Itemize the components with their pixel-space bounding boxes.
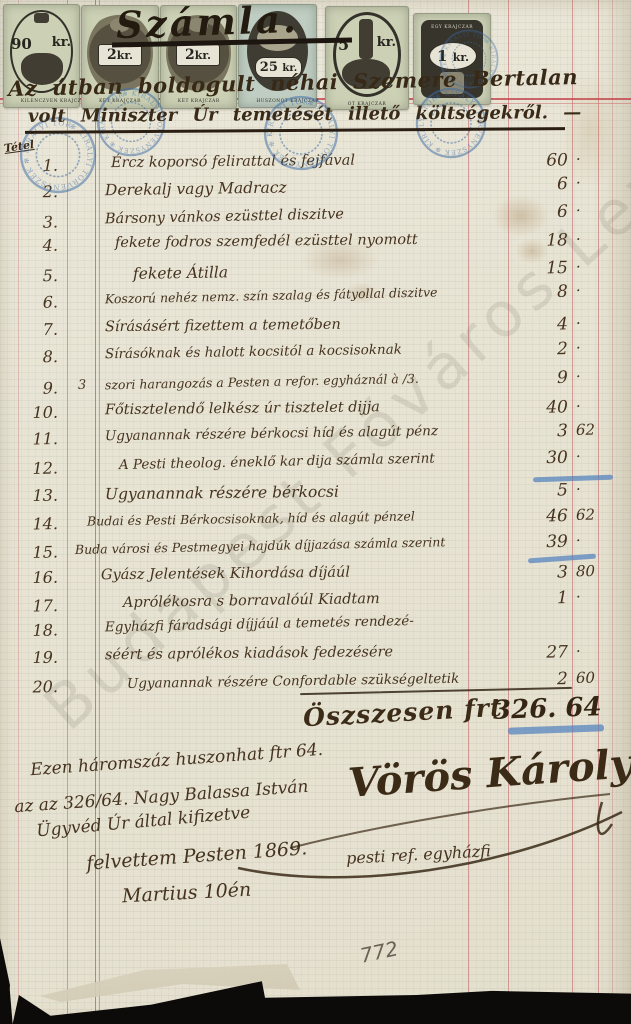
stamp-unit: kr. [52,35,71,50]
blue-pencil-underline [508,724,604,734]
row-amount-forint: 18 [494,230,568,251]
row-number: 5. [20,266,58,286]
archive-page-number: 772 [358,936,400,967]
row-number: 11. [20,429,58,449]
row-description: Gyász Jelentések Kihordása díjáúl [101,565,350,584]
row-description: Bársony vánkos ezüsttel diszitve [105,206,344,227]
row-amount-krajczar: 62 [576,420,610,439]
row-description: Aprólékosra s borravalóúl Kiadtam [123,591,380,611]
row-amount-forint: 2 [494,339,568,360]
row-amount-forint: 9 [494,368,568,390]
row-amount-forint: 40 [494,397,568,418]
row-number: 6. [20,292,58,312]
row-amount-krajczar: 80 [576,562,610,580]
row-number: 18. [20,620,58,640]
row-number: 16. [20,568,58,587]
amount-in-words: Ezen háromszáz huszonhat ftr 64. [30,740,324,780]
header-line-2: volt Miniszter Úr temetését illető költs… [28,102,581,127]
row-amount-krajczar: 62 [576,505,610,524]
stamp-caption: KÉT KRAJCZÁR [178,98,219,103]
row-amount-forint: 30 [494,448,568,470]
row-description: Derekalj vagy Madracz [105,178,287,199]
row-number: 7. [20,320,58,339]
stamp-value: 2 [107,47,117,63]
row-description: szori harangozás a Pesten a refor. egyhá… [105,371,419,393]
scanned-invoice-page: Budapest Főváros Levéltára 90 kr. KILENC… [0,0,631,1024]
row-amount-krajczar: · [576,480,610,498]
crown-icon [34,13,49,23]
stamp-value: 90 [11,35,32,53]
row-description: séért és aprólékos kiadások fedezésére [105,644,393,663]
row-amount-krajczar: · [576,173,610,192]
row-amount-forint: 8 [494,282,568,304]
row-amount-forint: 5 [494,480,568,501]
stamp-unit: kr. [195,49,211,62]
row-number: 8. [20,347,58,367]
row-amount-krajczar: · [576,531,610,550]
row-amount-forint: 6 [494,202,568,224]
row-amount-krajczar: · [576,642,610,660]
row-number: 19. [20,648,58,667]
row-amount-forint: 6 [494,174,568,195]
tower-icon [359,19,373,59]
row-amount-forint: 1 [494,588,568,609]
stamp-unit: kr. [377,35,396,50]
row-description: Főtisztelendő lelkész úr tisztelet dijja [105,399,380,418]
row-description: fekete fodros szemfedél ezüsttel nyomott [115,232,418,251]
row-amount-forint: 4 [494,314,568,335]
row-amount-krajczar: · [576,367,610,386]
row-amount-forint: 3 [494,421,568,442]
row-amount-krajczar: 60 [576,668,610,687]
row-description: fekete Átilla [133,263,228,282]
row-amount-krajczar: · [576,338,610,357]
row-amount-krajczar: · [576,314,610,332]
row-description: A Pesti theolog. éneklő kar dija számla … [119,451,435,474]
row-number: 15. [20,542,58,562]
row-description: Sírásásért fizettem a temetőben [105,317,341,335]
row-amount-krajczar: · [576,150,610,168]
row-number: 4. [20,236,58,255]
row-amount-krajczar: · [576,201,610,220]
row-number: 9. [20,378,58,398]
row-amount-krajczar: · [576,257,610,276]
row-amount-forint: 3 [494,562,568,583]
row-amount-krajczar: · [576,447,610,466]
row-amount-forint: 27 [494,642,568,663]
row-number: 10. [20,403,58,422]
row-amount-krajczar: · [576,281,610,300]
row-amount-forint: 60 [494,150,568,171]
row-number: 17. [20,596,58,616]
row-amount-forint: 39 [494,532,568,554]
row-number: 12. [20,458,58,478]
postmark-stamp: ✻ KIRÁLYI TÖRVÉNYSZÉK ✻ KIRÁLYI TÖRVÉNYS… [255,87,348,180]
row-amount-krajczar: · [576,397,610,415]
row-amount-forint: 46 [494,506,568,527]
row-number: 14. [20,514,58,534]
row-description: Ugyanannak részére Confordable szükségel… [127,671,460,692]
revenue-stamp-5kr: 5 kr. ÖT KRAJCZÁR [325,6,409,110]
row-description: Budai és Pesti Bérkocsisoknak, híd és al… [87,508,415,528]
row-number: 13. [20,486,58,505]
row-description: Sírásóknak és halott kocsitól a kocsisok… [105,342,402,363]
row-number: 20. [20,677,58,697]
row-amount-krajczar: · [576,587,610,606]
row-prefix: 3 [78,378,96,393]
table-row: 4.fekete fodros szemfedél ezüsttel nyomo… [0,230,631,263]
stamp-value: 2 [185,47,195,63]
row-amount-forint: 15 [494,258,568,279]
stamp-unit: kr. [117,49,133,62]
row-amount-krajczar: · [576,230,610,248]
row-description: Ugyanannak részére bérkocsi [105,483,339,503]
row-number: 3. [20,212,58,232]
total-value: 326. 64 [493,692,603,726]
